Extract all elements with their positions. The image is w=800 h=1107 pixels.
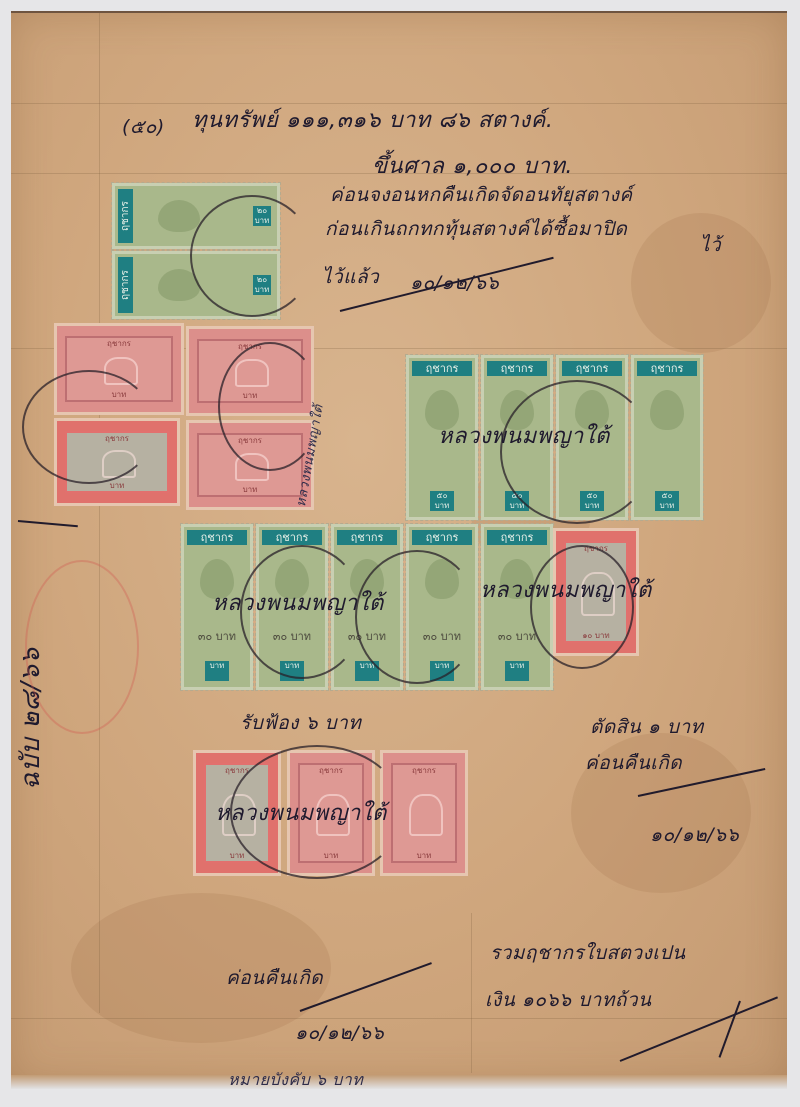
- top-note-initial: ไว้: [700, 230, 721, 260]
- bottom-left-note-line3: หมายบังคับ ๖ บาท: [228, 1068, 363, 1093]
- stamp-emblem: [650, 390, 684, 430]
- bottom-right-note-line2: เงิน ๑๐๖๖ บาทถ้วน: [485, 985, 652, 1015]
- item-number: (๕๐): [122, 112, 165, 142]
- right-note-date: ๑๐/๑๒/๖๖: [650, 820, 739, 850]
- stamp-header: ฤชากร: [67, 337, 171, 350]
- top-note-line2: ก่อนเกินถกทกทุ้นสตางค์ได้ซื้อมาปิด: [325, 214, 627, 244]
- ruled-line: [471, 913, 472, 1073]
- bottom-left-note-line1: ค่อนคืนเกิด: [226, 963, 323, 993]
- right-note-line1: ตัดสิน ๑ บาท: [590, 712, 704, 742]
- torn-edge: [11, 1075, 787, 1089]
- faded-red-seal: [25, 560, 139, 734]
- stamp-value: บาท: [205, 661, 229, 681]
- stamp-value: ๕๐ บาท: [430, 491, 454, 511]
- stamp-emblem: [158, 200, 200, 232]
- right-note-line2: ค่อนคืนเกิด: [585, 748, 682, 778]
- stamp-emblem: [409, 794, 443, 836]
- stamp-cancel-signature: หลวงพนมพญาใต้: [480, 572, 652, 607]
- postmark-cancel: [530, 545, 634, 669]
- top-note-line1: ค่อนจงอนหกคืนเกิดจัดอนทัยุสตางค์: [330, 180, 633, 210]
- stamp-value: บาท: [505, 661, 529, 681]
- ruled-line: [11, 1018, 787, 1019]
- ruled-line: [99, 13, 100, 1013]
- stamp-header: ฤชากร: [487, 530, 547, 545]
- stamp-overprint: ๓๐ บาท: [184, 627, 250, 645]
- bottom-left-note-date: ๑๐/๑๒/๖๖: [295, 1018, 384, 1048]
- stamp-value: บาท: [199, 483, 301, 496]
- bottom-right-note-line1: รวมฤชากรใบสตวงเปน: [490, 938, 685, 968]
- postmark-cancel: [22, 370, 156, 484]
- stamp-cancel-signature: หลวงพนมพญาใต้: [215, 795, 387, 830]
- received-note: รับฟ้อง ๖ บาท: [240, 708, 361, 738]
- stamp-value: บาท: [393, 849, 455, 862]
- stamp-header: ฤชากร: [412, 361, 472, 376]
- stamp-header: ฤชากร: [412, 530, 472, 545]
- stamp-header: ฤชากร: [637, 361, 697, 376]
- stamp-header: ฤชากร: [118, 257, 133, 313]
- stamp-header: ฤชากร: [393, 764, 455, 777]
- stamp-value: ๕๐ บาท: [655, 491, 679, 511]
- stamp-header: ฤชากร: [487, 361, 547, 376]
- stamp-header: ฤชากร: [118, 189, 133, 243]
- header-court-fee-line: ขึ้นศาล ๑,๐๐๐ บาท.: [372, 148, 573, 183]
- stamp-header: ฤชากร: [337, 530, 397, 545]
- header-capital-line: ทุนทรัพย์ ๑๑๑,๓๑๖ บาท ๘๖ สตางค์.: [192, 102, 553, 137]
- stamp-header: ฤชากร: [187, 530, 247, 545]
- postmark-cancel: [190, 195, 314, 317]
- stamp-header: ฤชากร: [262, 530, 322, 545]
- stamp-header: ฤชากร: [562, 361, 622, 376]
- stamp-cancel-signature: หลวงพนมพญาใต้: [438, 418, 610, 453]
- top-note-line3: ไว้แล้ว: [322, 262, 379, 292]
- stamp-cancel-signature: หลวงพนมพญาใต้: [212, 585, 384, 620]
